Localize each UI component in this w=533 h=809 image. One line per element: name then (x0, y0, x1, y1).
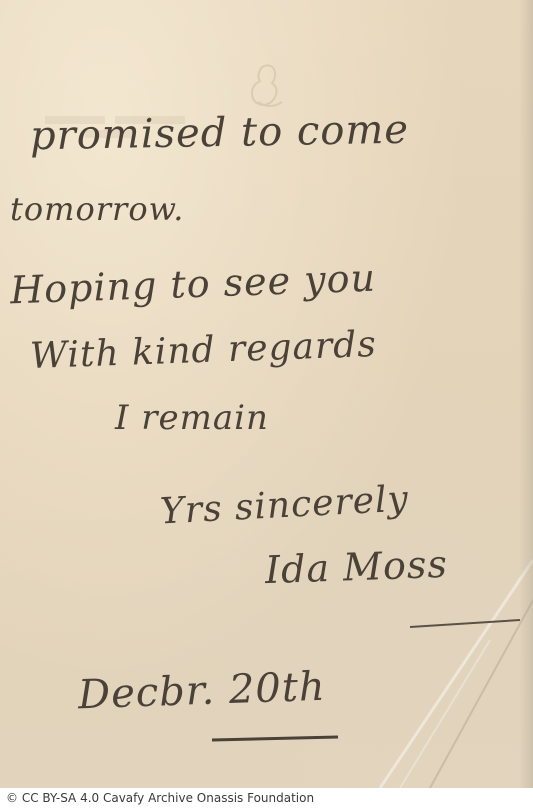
signature: Ida Moss (264, 542, 448, 592)
page-edge-shadow (519, 0, 533, 788)
handwritten-line-5: I remain (115, 398, 269, 438)
handwritten-line-3: Hoping to see you (9, 256, 376, 313)
copyright-credit: © CC BY-SA 4.0 Cavafy Archive Onassis Fo… (6, 791, 314, 805)
handwritten-date: Decbr. 20th (77, 664, 326, 719)
handwritten-line-4: With kind regards (29, 324, 377, 377)
handwritten-line-6: Yrs sincerely (159, 479, 410, 533)
handwritten-line-1: promised to come (30, 107, 410, 160)
handwritten-line-2: tomorrow. (10, 190, 184, 228)
letter-page: promised to come tomorrow. Hoping to see… (0, 0, 533, 788)
